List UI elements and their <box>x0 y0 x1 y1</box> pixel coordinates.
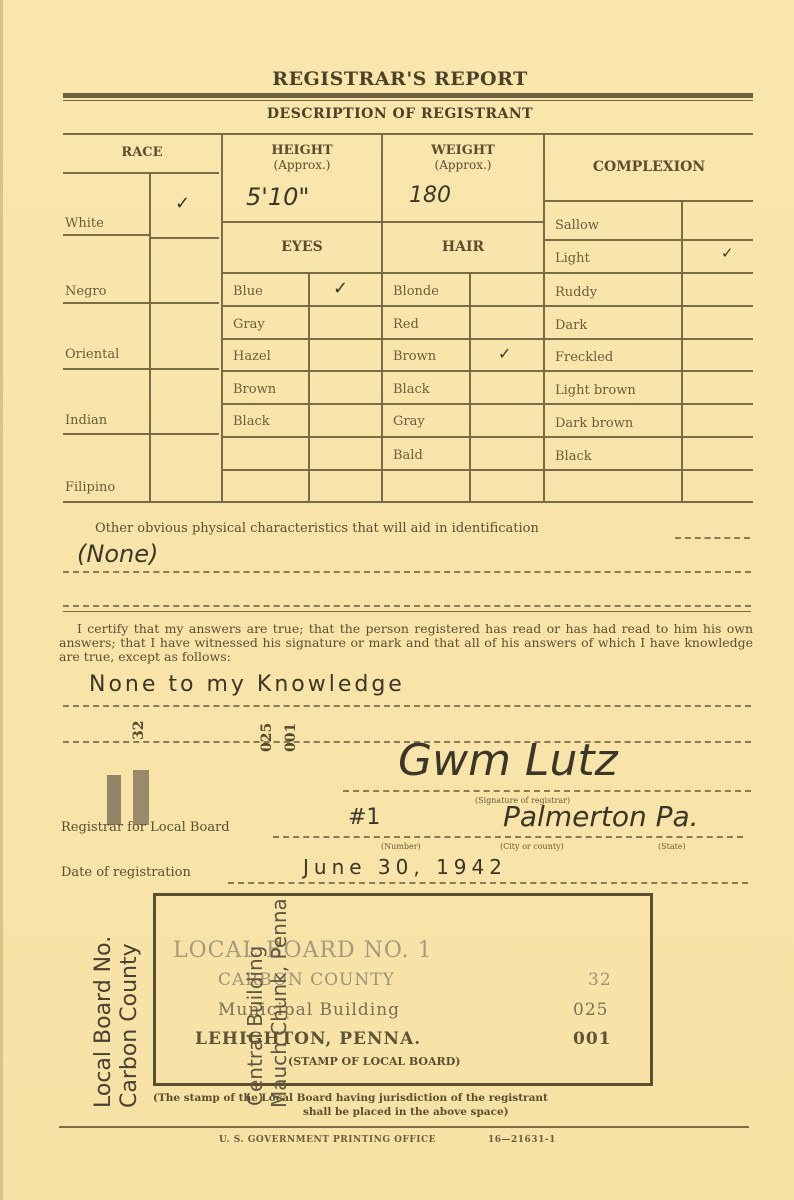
race-checkmark[interactable]: ✓ <box>175 193 190 214</box>
eyes-rule <box>223 436 381 438</box>
footer-rule <box>59 1126 749 1128</box>
hair-rule <box>383 469 543 471</box>
other-characteristics-label: Other obvious physical characteristics t… <box>95 522 539 536</box>
weight-rule <box>383 221 543 223</box>
race-option-white: White <box>65 216 104 231</box>
hair-option-red: Red <box>393 317 419 332</box>
complexion-checkmark[interactable]: ✓ <box>721 244 734 262</box>
date-of-registration-value[interactable]: June 30, 1942 <box>303 855 507 879</box>
race-option-oriental: Oriental <box>65 347 119 362</box>
stamp-line-3-number: 025 <box>573 1000 608 1020</box>
stamp-line-2-number: 32 <box>588 970 612 990</box>
stamp-line-4-number: 001 <box>573 1029 612 1049</box>
complexion-option-dark-brown: Dark brown <box>555 416 633 431</box>
race-rule <box>151 302 219 304</box>
stamp-note-line-2: shall be placed in the above space) <box>303 1106 509 1118</box>
height-header-sub: (Approx.) <box>223 158 381 173</box>
complexion-check-divider <box>681 202 683 502</box>
dotted-line <box>228 882 748 884</box>
stamp-line-4: LEHIGHTON, PENNA. <box>195 1029 421 1049</box>
vertical-stamp-line-3: Central Building <box>243 946 267 1106</box>
eyes-rule <box>223 338 381 340</box>
complexion-rule <box>545 338 753 340</box>
eyes-rule <box>223 370 381 372</box>
race-check-divider <box>149 174 151 502</box>
eyes-rule <box>223 403 381 405</box>
eyes-option-hazel: Hazel <box>233 349 271 364</box>
hair-option-gray: Gray <box>393 414 425 429</box>
section-subtitle: DESCRIPTION OF REGISTRANT <box>3 106 794 122</box>
race-rule <box>151 433 219 435</box>
title-rule <box>63 93 753 98</box>
complexion-header: COMPLEXION <box>545 160 753 175</box>
hair-checkmark[interactable]: ✓ <box>498 344 511 363</box>
weight-header: WEIGHT (Approx.) <box>383 143 543 173</box>
dotted-line <box>63 705 751 707</box>
race-option-negro: Negro <box>65 284 106 299</box>
vertical-stamp-line-2: Carbon County <box>117 943 142 1108</box>
race-rule <box>63 433 149 435</box>
eyes-option-black: Black <box>233 414 270 429</box>
complexion-rule <box>545 469 753 471</box>
race-rule <box>63 234 149 236</box>
eyes-header: EYES <box>223 240 381 255</box>
complexion-option-sallow: Sallow <box>555 218 599 233</box>
stamp-number-c: 001 <box>283 723 299 752</box>
signature-line <box>343 790 751 792</box>
height-rule <box>223 221 381 223</box>
hair-rule <box>383 370 543 372</box>
footer-form-number: 16—21631-1 <box>488 1135 556 1145</box>
registrar-board-city[interactable]: Palmerton Pa. <box>503 800 699 833</box>
complexion-rule <box>545 370 753 372</box>
complexion-rule <box>545 305 753 307</box>
stamp-note-line-1: (The stamp of the Local Board having jur… <box>153 1092 548 1104</box>
vertical-stamp-line-1: Local Board No. <box>91 936 116 1108</box>
height-header: HEIGHT (Approx.) <box>223 143 381 173</box>
certification-exceptions-value[interactable]: None to my Knowledge <box>89 672 405 697</box>
complexion-option-light: Light <box>555 251 590 266</box>
eyes-checkmark[interactable]: ✓ <box>333 278 348 299</box>
board-number-caption: (Number) <box>381 842 421 851</box>
complexion-option-dark: Dark <box>555 318 587 333</box>
hair-option-black: Black <box>393 382 430 397</box>
race-option-filipino: Filipino <box>65 480 115 495</box>
complexion-option-light-brown: Light brown <box>555 383 636 398</box>
hair-header: HAIR <box>383 240 543 255</box>
hair-rule <box>383 305 543 307</box>
hair-header-rule <box>383 272 543 274</box>
eyes-option-blue: Blue <box>233 284 263 299</box>
eyes-check-divider <box>308 274 310 502</box>
registrar-board-label: Registrar for Local Board <box>61 820 230 835</box>
race-option-indian: Indian <box>65 413 107 428</box>
certification-text: I certify that my answers are true; that… <box>59 622 753 664</box>
complexion-option-freckled: Freckled <box>555 350 613 365</box>
complexion-rule <box>545 272 753 274</box>
hair-rule <box>383 338 543 340</box>
hair-check-divider <box>469 274 471 502</box>
footer-printer: U. S. GOVERNMENT PRINTING OFFICE <box>219 1135 436 1145</box>
dotted-line <box>63 571 751 573</box>
weight-value[interactable]: 180 <box>409 183 451 208</box>
eyes-rule <box>223 305 381 307</box>
col-divider-height <box>381 133 383 503</box>
complexion-rule <box>545 239 753 241</box>
height-header-label: HEIGHT <box>271 143 332 158</box>
stamp-line-1: LOCAL BOARD NO. 1 <box>173 938 433 963</box>
registrar-signature[interactable]: Gwm Lutz <box>398 735 618 786</box>
eyes-rule <box>223 469 381 471</box>
race-header: RACE <box>63 145 221 160</box>
race-rule <box>63 302 149 304</box>
stamp-number-b: 025 <box>259 723 275 752</box>
dotted-line <box>273 836 743 838</box>
dotted-line <box>675 537 750 539</box>
date-of-registration-label: Date of registration <box>61 865 191 880</box>
complexion-option-ruddy: Ruddy <box>555 285 597 300</box>
title-rule-thin <box>63 100 753 101</box>
eyes-option-brown: Brown <box>233 382 276 397</box>
race-rule <box>151 368 219 370</box>
vertical-stamp-line-4: Mauch Chunk, Penna <box>267 898 291 1108</box>
weight-header-sub: (Approx.) <box>383 158 543 173</box>
table-bottom-border <box>63 501 753 503</box>
board-state-caption: (State) <box>658 842 686 851</box>
complexion-header-rule <box>545 200 753 202</box>
page-title: REGISTRAR'S REPORT <box>3 68 794 90</box>
hair-option-brown: Brown <box>393 349 436 364</box>
ink-smudge <box>107 775 121 825</box>
complexion-rule <box>545 403 753 405</box>
hair-option-blonde: Blonde <box>393 284 439 299</box>
board-city-caption: (City or county) <box>500 842 564 851</box>
weight-header-label: WEIGHT <box>431 143 495 158</box>
height-value[interactable]: 5'10" <box>246 183 309 211</box>
hair-rule <box>383 403 543 405</box>
complexion-option-black: Black <box>555 449 592 464</box>
eyes-option-gray: Gray <box>233 317 265 332</box>
ink-smudge <box>133 770 149 825</box>
complexion-rule <box>545 436 753 438</box>
col-divider-race <box>221 133 223 503</box>
hair-option-bald: Bald <box>393 448 423 463</box>
eyes-header-rule <box>223 272 381 274</box>
race-rule <box>63 368 149 370</box>
registrar-report-card: REGISTRAR'S REPORT DESCRIPTION OF REGIST… <box>0 0 794 1200</box>
race-header-rule <box>63 172 219 174</box>
other-characteristics-value[interactable]: (None) <box>77 540 158 568</box>
race-rule <box>151 237 219 239</box>
stamp-number-a: 32 <box>131 721 147 740</box>
table-top-border <box>63 133 753 135</box>
registrar-board-number[interactable]: #1 <box>348 805 380 830</box>
section-rule <box>63 611 751 612</box>
col-divider-weight <box>543 133 545 503</box>
dotted-line <box>63 605 751 607</box>
stamp-caption: (STAMP OF LOCAL BOARD) <box>288 1055 460 1068</box>
hair-rule <box>383 436 543 438</box>
